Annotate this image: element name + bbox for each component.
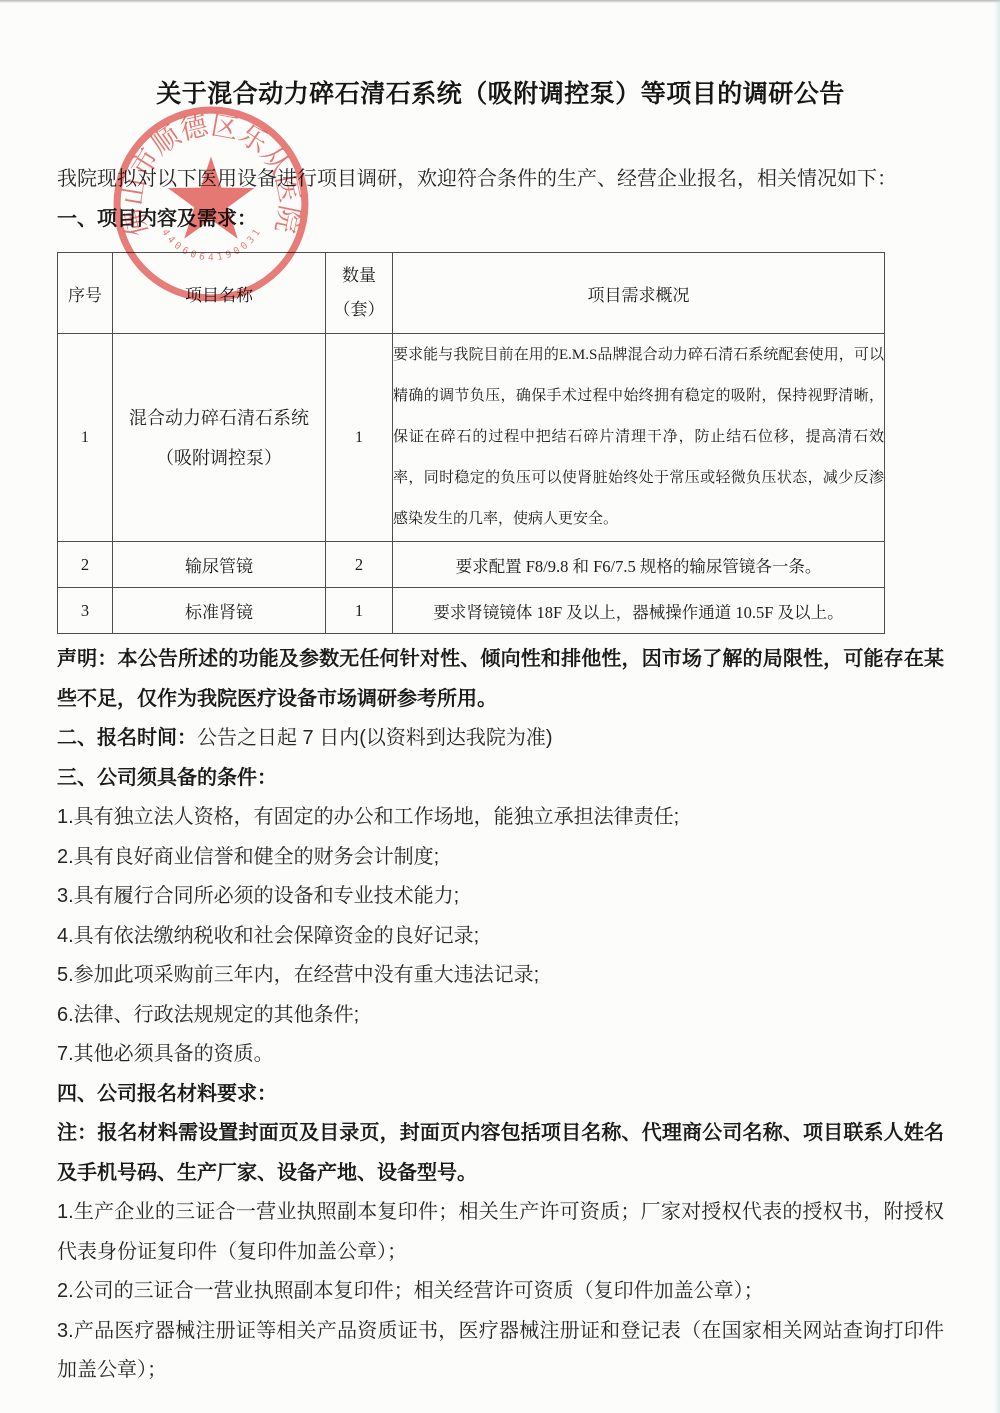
cell-req: 要求肾镜镜体 18F 及以上，器械操作通道 10.5F 及以上。 [393, 588, 885, 634]
section1-heading-text: 一、项目内容及需求： [57, 208, 257, 230]
list-item: 1.具有独立法人资格，有固定的办公和工作场地，能独立承担法律责任; [57, 798, 944, 838]
section4-heading-text: 四、公司报名材料要求： [57, 1083, 277, 1105]
cell-req: 要求配置 F8/9.8 和 F6/7.5 规格的输尿管镜各一条。 [393, 542, 885, 588]
cell-name: 标准肾镜 [113, 588, 326, 634]
statement-paragraph: 声明：本公告所述的功能及参数无任何针对性、倾向性和排他性，因市场了解的局限性，可… [57, 640, 944, 719]
requirements-table: 序号 项目名称 数量 （套） 项目需求概况 1 混合动力碎石清石系统（吸附调控泵… [57, 252, 885, 634]
scan-edge-right [994, 0, 1000, 1413]
cell-seq: 2 [58, 542, 113, 588]
table-row: 2 输尿管镜 2 要求配置 F8/9.8 和 F6/7.5 规格的输尿管镜各一条… [58, 542, 885, 588]
header-seq: 序号 [58, 253, 113, 334]
section2-label: 二、报名时间： [57, 727, 197, 749]
page-title: 关于混合动力碎石清石系统（吸附调控泵）等项目的调研公告 [57, 78, 944, 111]
header-name: 项目名称 [113, 253, 326, 334]
section2-text: 公告之日起 7 日内(以资料到达我院为准) [197, 727, 553, 749]
section4-heading: 四、公司报名材料要求： [57, 1075, 944, 1115]
cell-req: 要求能与我院目前在用的E.M.S品牌混合动力碎石清石系统配套使用，可以精确的调节… [393, 334, 885, 542]
list-item: 5.参加此项采购前三年内，在经营中没有重大违法记录; [57, 956, 944, 996]
list-item: 1.生产企业的三证合一营业执照副本复印件；相关生产许可资质；厂家对授权代表的授权… [57, 1193, 944, 1272]
list-item: 3.产品医疗器械注册证等相关产品资质证书，医疗器械注册证和登记表（在国家相关网站… [57, 1312, 944, 1391]
header-qty-line1: 数量 [326, 264, 392, 288]
intro-paragraph: 我院现拟对以下医用设备进行项目调研，欢迎符合条件的生产、经营企业报名，相关情况如… [57, 160, 944, 200]
cell-qty: 1 [326, 588, 393, 634]
cell-name: 输尿管镜 [113, 542, 326, 588]
cell-name: 混合动力碎石清石系统（吸附调控泵） [113, 334, 326, 542]
cell-qty: 1 [326, 334, 393, 542]
list-item: 3.具有履行合同所必须的设备和专业技术能力; [57, 877, 944, 917]
cell-seq: 3 [58, 588, 113, 634]
document-body: 关于混合动力碎石清石系统（吸附调控泵）等项目的调研公告 我院现拟对以下医用设备进… [57, 0, 944, 1391]
section3-heading: 三、公司须具备的条件： [57, 759, 944, 799]
section2-line: 二、报名时间：公告之日起 7 日内(以资料到达我院为准) [57, 719, 944, 759]
table-row: 1 混合动力碎石清石系统（吸附调控泵） 1 要求能与我院目前在用的E.M.S品牌… [58, 334, 885, 542]
header-qty-line2: （套） [326, 298, 392, 322]
table-row: 3 标准肾镜 1 要求肾镜镜体 18F 及以上，器械操作通道 10.5F 及以上… [58, 588, 885, 634]
table-header-row: 序号 项目名称 数量 （套） 项目需求概况 [58, 253, 885, 334]
section1-heading: 一、项目内容及需求： [57, 200, 944, 240]
list-item: 2.公司的三证合一营业执照副本复印件；相关经营许可资质（复印件加盖公章）； [57, 1272, 944, 1312]
cell-seq: 1 [58, 334, 113, 542]
list-item: 2.具有良好商业信誉和健全的财务会计制度; [57, 838, 944, 878]
cell-qty: 2 [326, 542, 393, 588]
document-page: 关于混合动力碎石清石系统（吸附调控泵）等项目的调研公告 我院现拟对以下医用设备进… [0, 0, 1000, 1413]
section4-note: 注：报名材料需设置封面页及目录页，封面页内容包括项目名称、代理商公司名称、项目联… [57, 1114, 944, 1193]
list-item: 7.其他必须具备的资质。 [57, 1035, 944, 1075]
section3-heading-text: 三、公司须具备的条件： [57, 767, 277, 789]
list-item: 4.具有依法缴纳税收和社会保障资金的良好记录; [57, 917, 944, 957]
list-item: 6.法律、行政法规规定的其他条件; [57, 996, 944, 1036]
header-req: 项目需求概况 [393, 253, 885, 334]
header-qty: 数量 （套） [326, 253, 393, 334]
